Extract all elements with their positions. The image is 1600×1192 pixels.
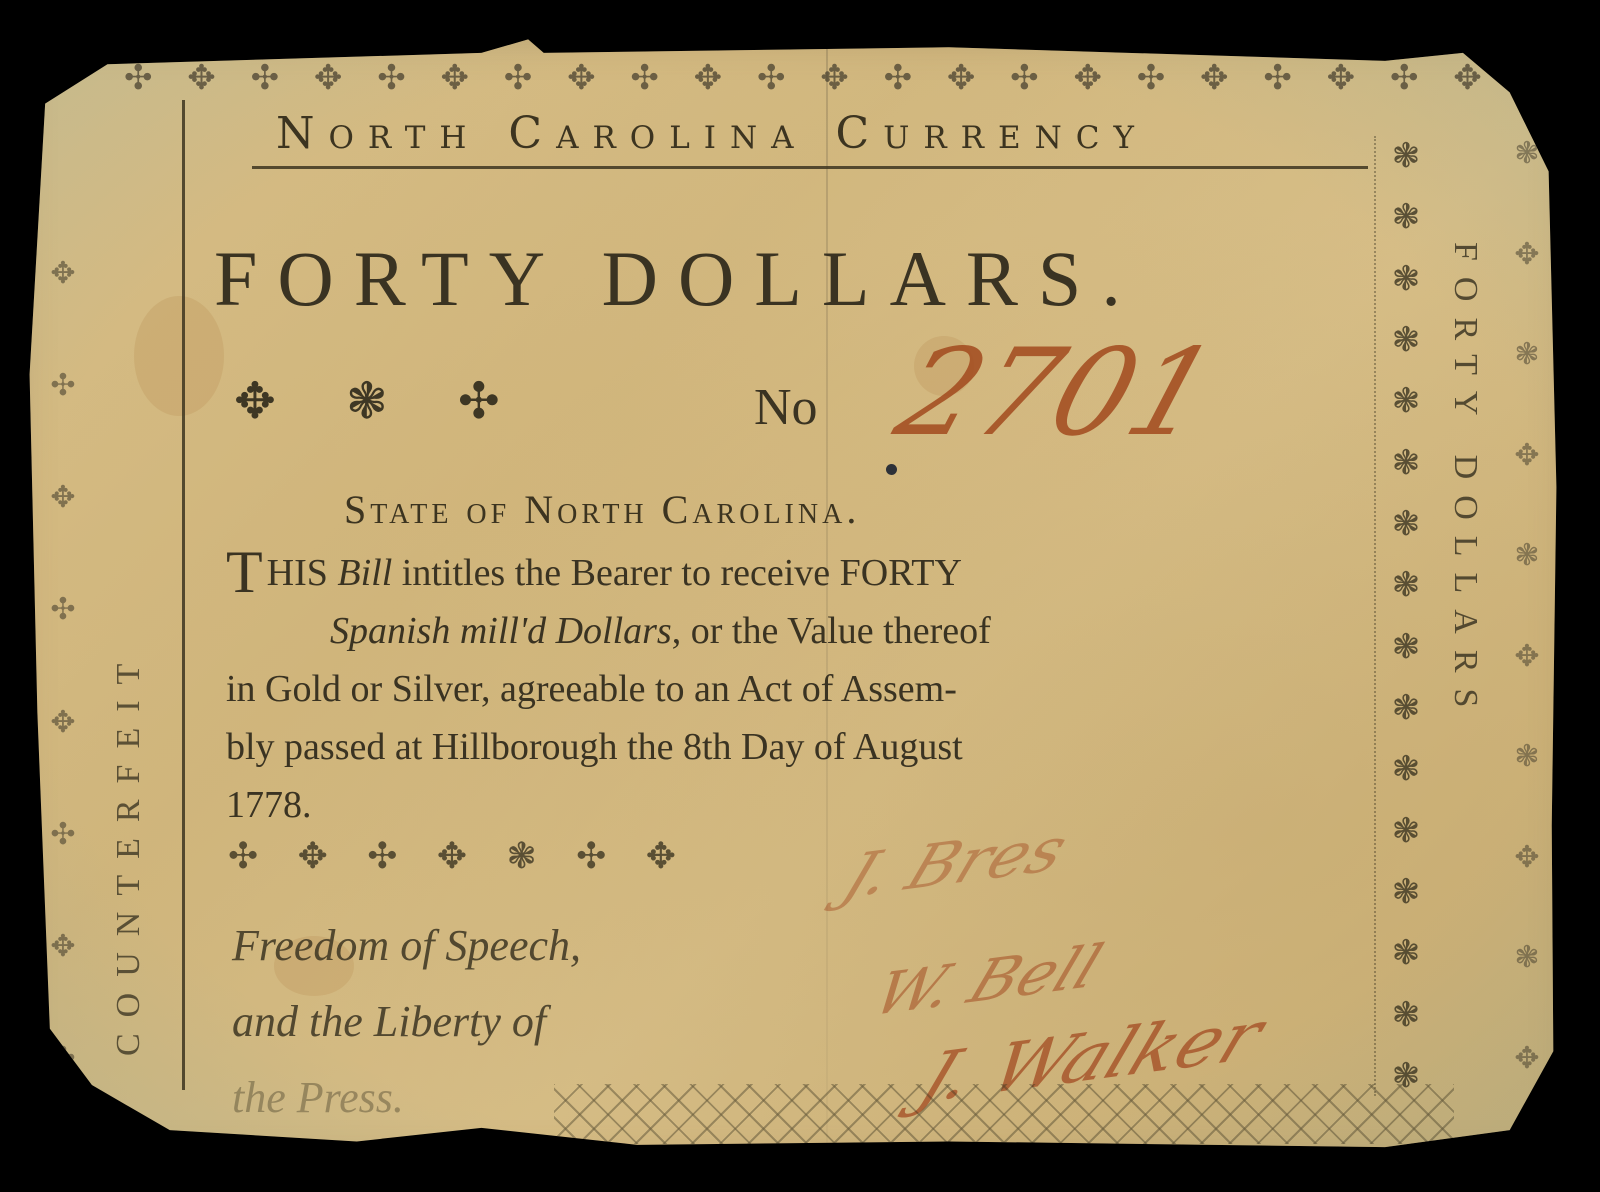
ornament-icon: ❃ [1392, 688, 1421, 728]
bottom-lattice-border [554, 1084, 1454, 1144]
ornament-row: ✥ ❃ ✣ [234, 372, 500, 430]
ornament-icon: ✣ [458, 372, 500, 430]
ornament-icon: ✣ [504, 58, 535, 98]
ornament-icon: ✣ [228, 836, 272, 877]
ornament-icon: ❃ [1514, 940, 1539, 975]
bill-text-line: Spanish mill'd Dollars, or the Value the… [226, 602, 1376, 660]
signatures: J. Bres W. Bell J. Walker [774, 796, 1334, 1116]
ornament-icon: ✣ [377, 58, 408, 98]
ornament-icon: ❃ [1514, 538, 1539, 573]
ornament-icon: ❃ [1392, 259, 1421, 299]
denomination-title: FORTY DOLLARS. [214, 234, 1141, 324]
ornament-icon: ✣ [1390, 58, 1421, 98]
text-fragment: Bill [337, 552, 392, 594]
bill-text: THIS Bill intitles the Bearer to receive… [226, 544, 1376, 834]
ornament-icon: ✣ [251, 58, 282, 98]
motto: Freedom of Speech, and the Liberty of th… [232, 908, 581, 1136]
ornament-icon: ✣ [124, 58, 155, 98]
ornament-icon: ✥ [820, 58, 851, 98]
ornament-icon: ❃ [1392, 811, 1421, 851]
ornament-icon: ✣ [1010, 58, 1041, 98]
ornament-icon: ✥ [440, 58, 471, 98]
ink-dot [886, 464, 897, 475]
left-ornament-border: ✥ ✣ ✥ ✣ ✥ ✣ ✥ ✣ [38, 256, 88, 1076]
serial-label: No [754, 378, 818, 437]
ornament-icon: ✥ [1453, 58, 1484, 98]
ornament-icon: ❃ [1392, 995, 1421, 1035]
ornament-icon: ✣ [50, 1041, 75, 1076]
ornament-icon: ✥ [1514, 1041, 1539, 1076]
ornament-icon: ❃ [1392, 565, 1421, 605]
state-line: State of North Carolina. [344, 486, 860, 533]
ornament-icon: ❃ [1392, 136, 1421, 176]
ornament-icon: ✥ [437, 836, 481, 877]
ornament-icon: ✥ [567, 58, 598, 98]
ornament-icon: ❃ [346, 372, 388, 430]
bill-text-line: in Gold or Silver, agreeable to an Act o… [226, 660, 1376, 718]
serial-label-text: No [754, 379, 818, 436]
ornament-icon: ✥ [1514, 840, 1539, 875]
top-ornament-border: ✣ ✥ ✣ ✥ ✣ ✥ ✣ ✥ ✣ ✥ ✣ ✥ ✣ ✥ ✣ ✥ ✣ ✥ ✣ ✥ … [124, 48, 1484, 108]
ornament-icon: ❃ [1514, 337, 1539, 372]
ornament-icon: ✣ [50, 592, 75, 627]
motto-line: the Press. [232, 1060, 581, 1136]
motto-line: Freedom of Speech, [232, 908, 581, 984]
counterfeit-warning-vertical: COUNTERFEIT [110, 648, 148, 1056]
ornament-icon: ✥ [187, 58, 218, 98]
ornament-icon: ✣ [367, 836, 411, 877]
text-fragment: intitles the Bearer to receive FORTY [392, 552, 962, 594]
left-frame-rule [182, 100, 185, 1090]
bill-text-line: THIS Bill intitles the Bearer to receive… [226, 544, 1376, 602]
denomination-vertical: FORTY DOLLARS [1446, 242, 1484, 723]
ornament-icon: ✥ [1514, 237, 1539, 272]
ornament-icon: ❃ [1514, 739, 1539, 774]
stain [134, 296, 224, 416]
ornament-icon: ❃ [1392, 749, 1421, 789]
ornament-icon: ✥ [694, 58, 725, 98]
ornament-icon: ❃ [1392, 320, 1421, 360]
serial-number: 2701 [881, 324, 1232, 463]
ornament-icon: ✥ [646, 836, 690, 877]
ornament-icon: ❃ [1392, 933, 1421, 973]
ornament-icon: ✣ [1137, 58, 1168, 98]
ornament-icon: ✥ [298, 836, 342, 877]
ornament-icon: ✣ [576, 836, 620, 877]
ornament-icon: ✥ [947, 58, 978, 98]
ornament-icon: ✥ [314, 58, 345, 98]
ornament-icon: ✥ [1327, 58, 1358, 98]
ornament-icon: ❃ [1392, 872, 1421, 912]
text-fragment: HIS [267, 552, 338, 594]
ornament-icon: ✣ [884, 58, 915, 98]
bill-text-line: bly passed at Hillborough the 8th Day of… [226, 718, 1376, 776]
ornament-icon: ✥ [50, 480, 75, 515]
ornament-icon: ✥ [50, 256, 75, 291]
ornament-icon: ✥ [1514, 639, 1539, 674]
ornament-icon: ❃ [1514, 136, 1539, 171]
ornament-icon: ✣ [50, 817, 75, 852]
ornament-icon: ✥ [1514, 438, 1539, 473]
ornament-icon: ✣ [50, 368, 75, 403]
signature: J. Bres [833, 812, 1078, 913]
ornament-icon: ✥ [234, 372, 276, 430]
header-rule [252, 166, 1368, 169]
banknote: ✣ ✥ ✣ ✥ ✣ ✥ ✣ ✥ ✣ ✥ ✣ ✥ ✣ ✥ ✣ ✥ ✣ ✥ ✣ ✥ … [14, 36, 1572, 1164]
ornament-icon: ❃ [1392, 627, 1421, 667]
ornament-icon: ✣ [630, 58, 661, 98]
ornament-icon: ❃ [1392, 381, 1421, 421]
ornament-icon: ❃ [507, 836, 551, 877]
header-title: North Carolina Currency [276, 108, 1148, 159]
text-fragment: , or the Value thereof [672, 610, 991, 652]
drop-cap: T [226, 542, 263, 602]
ornament-icon: ✣ [757, 58, 788, 98]
ornament-icon: ✥ [50, 705, 75, 740]
ornament-icon: ❃ [1392, 504, 1421, 544]
signature: W. Bell [864, 932, 1112, 1030]
ornament-icon: ✥ [50, 929, 75, 964]
ornament-icon: ❃ [1392, 443, 1421, 483]
ornament-row-lower: ✣ ✥ ✣ ✥ ❃ ✣ ✥ [228, 836, 728, 877]
right-ornament-border: ❃ ✥ ❃ ✥ ❃ ✥ ❃ ✥ ❃ ✥ [1502, 136, 1552, 1076]
motto-line: and the Liberty of [232, 984, 581, 1060]
ornament-icon: ✣ [1263, 58, 1294, 98]
ornament-icon: ✥ [1200, 58, 1231, 98]
ornament-icon: ❃ [1392, 197, 1421, 237]
text-fragment: Spanish mill'd Dollars [330, 610, 672, 652]
ornament-icon: ✥ [1073, 58, 1104, 98]
right-ornament-column: ❃ ❃ ❃ ❃ ❃ ❃ ❃ ❃ ❃ ❃ ❃ ❃ ❃ ❃ ❃ ❃ [1374, 136, 1436, 1096]
